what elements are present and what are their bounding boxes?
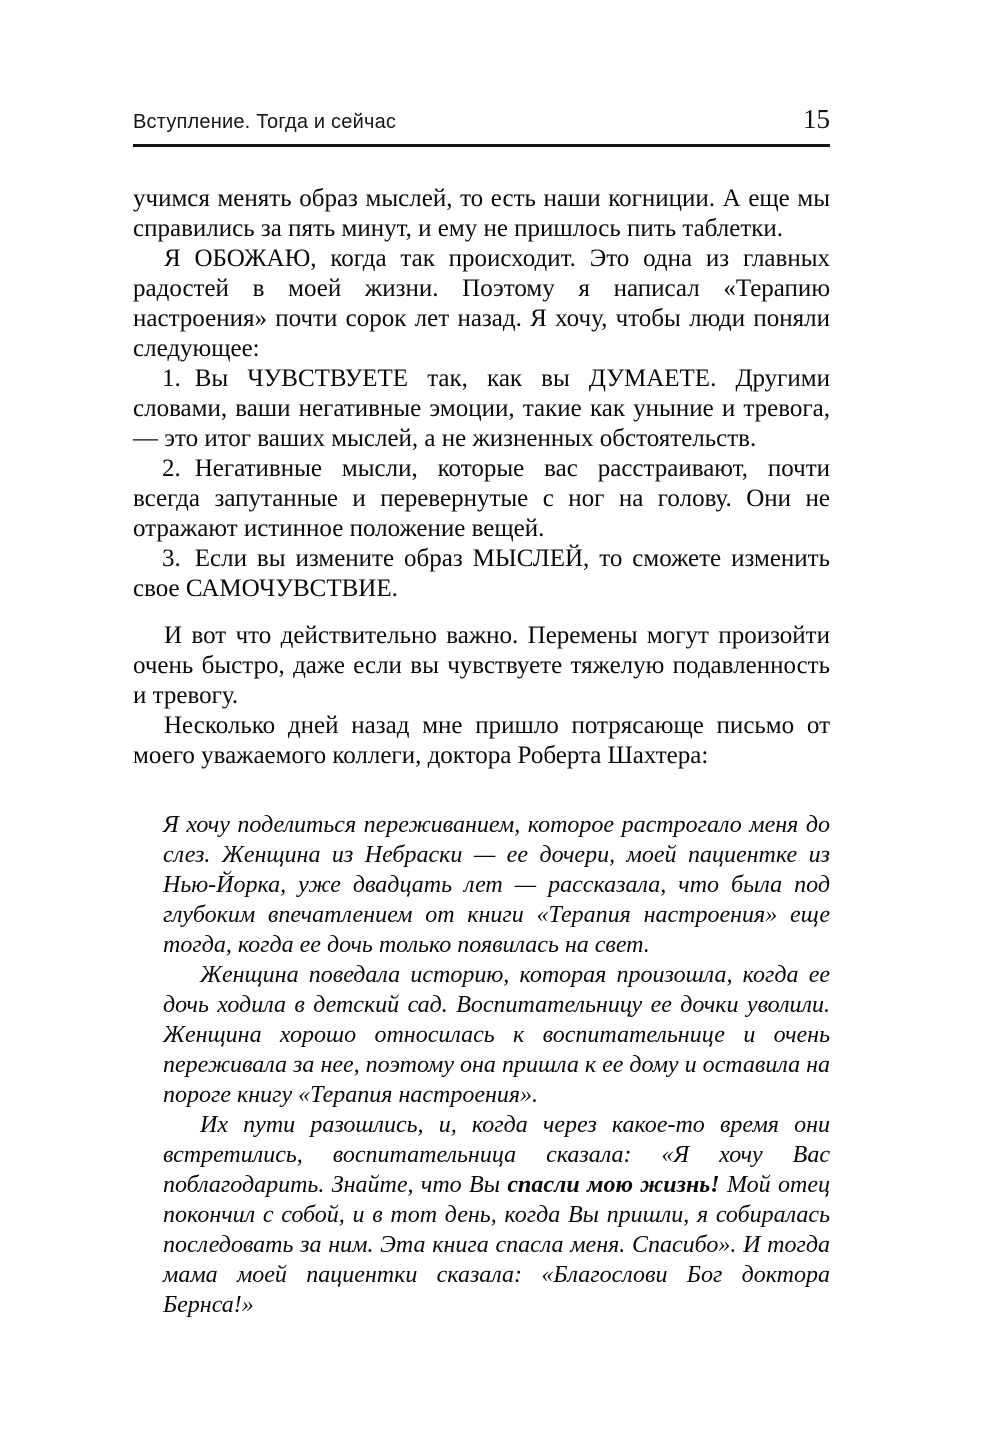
- quote-paragraph: Их пути разошлись, и, когда через какое-…: [163, 1110, 830, 1320]
- quote-paragraph: Женщина поведала историю, которая произо…: [163, 960, 830, 1110]
- list-item-number: 1.: [162, 365, 181, 392]
- numbered-list: 1.Вы ЧУВСТВУЕТЕ так, как вы ДУМАЕТЕ. Дру…: [133, 364, 830, 604]
- list-item-number: 2.: [162, 455, 181, 482]
- list-item: 3.Если вы измените образ МЫСЛЕЙ, то смож…: [133, 544, 830, 604]
- running-header: Вступление. Тогда и сейчас 15: [133, 104, 830, 147]
- bold-emphasis: спасли мою жизнь!: [507, 1172, 719, 1198]
- book-page: Вступление. Тогда и сейчас 15 учимся мен…: [0, 0, 986, 1447]
- page-number: 15: [803, 104, 830, 135]
- list-item-text: Если вы измените образ МЫСЛЕЙ, то сможет…: [133, 545, 830, 602]
- letter-quote: Я хочу поделиться переживанием, которое …: [163, 810, 830, 1320]
- paragraph: И вот что действительно важно. Перемены …: [133, 621, 830, 711]
- list-item-text: Негативные мысли, которые вас расстраива…: [133, 455, 830, 542]
- paragraph: Я ОБОЖАЮ, когда так происходит. Это одна…: [133, 244, 830, 364]
- section-title: Вступление. Тогда и сейчас: [133, 111, 396, 134]
- page-body: учимся менять образ мыслей, то есть наши…: [133, 184, 830, 1320]
- paragraph-continuation: учимся менять образ мыслей, то есть наши…: [133, 184, 830, 244]
- list-item: 2.Негативные мысли, которые вас расстраи…: [133, 454, 830, 544]
- paragraph: Несколько дней назад мне пришло потрясаю…: [133, 711, 830, 771]
- list-item-text: Вы ЧУВСТВУЕТЕ так, как вы ДУМАЕТЕ. Други…: [133, 365, 830, 452]
- list-item-number: 3.: [162, 545, 181, 572]
- list-item: 1.Вы ЧУВСТВУЕТЕ так, как вы ДУМАЕТЕ. Дру…: [133, 364, 830, 454]
- page-content: Вступление. Тогда и сейчас 15 учимся мен…: [133, 104, 830, 1320]
- quote-paragraph: Я хочу поделиться переживанием, которое …: [163, 810, 830, 960]
